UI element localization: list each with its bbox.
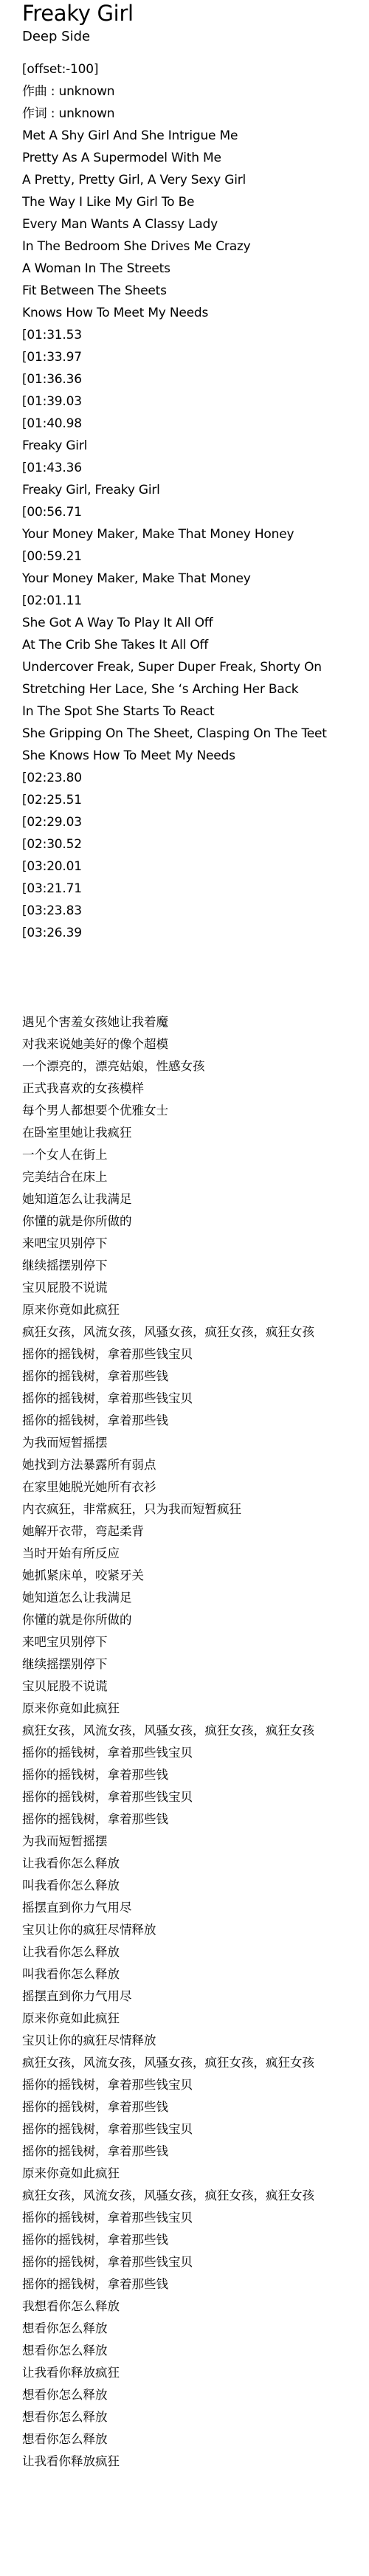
song-artist: Deep Side	[22, 28, 369, 46]
translated-lyric-line: 疯狂女孩，风流女孩，风骚女孩，疯狂女孩，疯狂女孩	[22, 2185, 369, 2207]
translated-lyric-line: 想看你怎么释放	[22, 2340, 369, 2362]
translated-lyric-line: 你懂的就是你所做的	[22, 1210, 369, 1233]
translated-lyric-line: 摇摆直到你力气用尽	[22, 1986, 369, 2008]
translated-lyric-line: 原来你竟如此疯狂	[22, 1698, 369, 1720]
translated-lyric-line: 宝贝让你的疯狂尽情释放	[22, 1919, 369, 1941]
translated-lyric-line: 让我看你怎么释放	[22, 1853, 369, 1875]
translated-lyric-line: 正式我喜欢的女孩模样	[22, 1078, 369, 1100]
translated-lyric-line: 继续摇摆别停下	[22, 1255, 369, 1277]
translated-lyric-line: 疯狂女孩，风流女孩，风骚女孩，疯狂女孩，疯狂女孩	[22, 1321, 369, 1343]
translated-lyric-line: 完美结合在床上	[22, 1166, 369, 1188]
translated-lyric-line: 她找到方法暴露所有弱点	[22, 1454, 369, 1476]
lyric-line: In The Spot She Starts To React	[22, 700, 369, 723]
lyric-line: Your Money Maker, Make That Money	[22, 568, 369, 590]
lyric-line: [02:25.51	[22, 789, 369, 811]
translated-lyric-line: 当时开始有所反应	[22, 1543, 369, 1565]
translated-lyric-line: 摇摆直到你力气用尽	[22, 1897, 369, 1919]
translated-lyric-line: 想看你怎么释放	[22, 2428, 369, 2451]
translated-lyric-line: 你懂的就是你所做的	[22, 1609, 369, 1631]
lyric-line: [01:33.97	[22, 346, 369, 368]
translated-lyric-line: 内衣疯狂，非常疯狂，只为我而短暂疯狂	[22, 1498, 369, 1521]
lyric-line: [02:01.11	[22, 590, 369, 612]
lyric-line: Pretty As A Supermodel With Me	[22, 147, 369, 169]
lyric-line: [01:39.03	[22, 390, 369, 413]
lyric-line: She Got A Way To Play It All Off	[22, 612, 369, 634]
translated-lyric-line: 我想看你怎么释放	[22, 2296, 369, 2318]
lyric-line: She Knows How To Meet My Needs	[22, 745, 369, 767]
translated-lyric-line: 让我看你释放疯狂	[22, 2451, 369, 2473]
translated-lyric-line: 一个漂亮的，漂亮姑娘，性感女孩	[22, 1055, 369, 1078]
translated-lyric-line: 摇你的摇钱树，拿着那些钱	[22, 1410, 369, 1432]
lyric-line: [01:43.36	[22, 457, 369, 479]
translated-lyric-line: 摇你的摇钱树，拿着那些钱宝贝	[22, 2251, 369, 2273]
translated-lyric-line: 摇你的摇钱树，拿着那些钱宝贝	[22, 2207, 369, 2229]
lyric-line: [02:29.03	[22, 811, 369, 833]
translated-lyric-line: 宝贝让你的疯狂尽情释放	[22, 2030, 369, 2052]
lyric-line: [01:36.36	[22, 368, 369, 390]
lyric-line: [03:23.83	[22, 900, 369, 922]
lyric-line: [01:31.53	[22, 324, 369, 346]
translated-lyric-line: 摇你的摇钱树，拿着那些钱宝贝	[22, 2118, 369, 2141]
lyric-line: Undercover Freak, Super Duper Freak, Sho…	[22, 656, 369, 678]
lyric-line: [02:23.80	[22, 767, 369, 789]
translated-lyric-line: 叫我看你怎么释放	[22, 1963, 369, 1986]
lyric-line: Your Money Maker, Make That Money Honey	[22, 523, 369, 545]
lyric-line: [00:56.71	[22, 501, 369, 523]
translated-lyric-line: 摇你的摇钱树，拿着那些钱	[22, 1808, 369, 1831]
translated-lyric-line: 想看你怎么释放	[22, 2406, 369, 2428]
translated-lyric-line: 每个男人都想要个优雅女士	[22, 1100, 369, 1122]
translated-lyric-line: 想看你怎么释放	[22, 2384, 369, 2406]
translated-lyric-line: 原来你竟如此疯狂	[22, 1299, 369, 1321]
lyrics-page: Freaky Girl Deep Side [offset:-100] 作曲 :…	[22, 0, 369, 2473]
lyric-line: Stretching Her Lace, She ‘s Arching Her …	[22, 678, 369, 700]
translated-lyric-line: 她解开衣带，弯起柔背	[22, 1521, 369, 1543]
translated-lyric-line: 摇你的摇钱树，拿着那些钱	[22, 2229, 369, 2251]
translated-lyric-line: 摇你的摇钱树，拿着那些钱宝贝	[22, 1343, 369, 1366]
translated-lyric-line: 原来你竟如此疯狂	[22, 2008, 369, 2030]
translated-lyric-line: 摇你的摇钱树，拿着那些钱宝贝	[22, 1786, 369, 1808]
translated-lyric-line: 她知道怎么让我满足	[22, 1587, 369, 1609]
lyric-line: Every Man Wants A Classy Lady	[22, 213, 369, 235]
lyric-line: In The Bedroom She Drives Me Crazy	[22, 235, 369, 258]
translated-lyric-line: 摇你的摇钱树，拿着那些钱	[22, 2273, 369, 2296]
lyric-line: 作曲 : unknown	[22, 80, 369, 103]
translated-lyric-line: 摇你的摇钱树，拿着那些钱宝贝	[22, 1388, 369, 1410]
translated-lyrics: 遇见个害羞女孩她让我着魔对我来说她美好的像个超模一个漂亮的，漂亮姑娘，性感女孩正…	[22, 1011, 369, 2473]
translated-lyric-line: 摇你的摇钱树，拿着那些钱	[22, 2096, 369, 2118]
original-lyrics: [offset:-100] 作曲 : unknown 作词 : unknownM…	[22, 58, 369, 944]
translated-lyric-line: 摇你的摇钱树，拿着那些钱宝贝	[22, 1742, 369, 1764]
lyric-line: [00:59.21	[22, 545, 369, 568]
lyric-line: Knows How To Meet My Needs	[22, 302, 369, 324]
lyric-line: She Gripping On The Sheet, Clasping On T…	[22, 723, 369, 745]
translated-lyric-line: 让我看你怎么释放	[22, 1941, 369, 1963]
translated-lyric-line: 来吧宝贝别停下	[22, 1631, 369, 1653]
translated-lyric-line: 让我看你释放疯狂	[22, 2362, 369, 2384]
translated-lyric-line: 宝贝屁股不说谎	[22, 1676, 369, 1698]
translated-lyric-line: 宝贝屁股不说谎	[22, 1277, 369, 1299]
lyric-line: [03:21.71	[22, 878, 369, 900]
translated-lyric-line: 继续摇摆别停下	[22, 1653, 369, 1676]
translated-lyric-line: 想看你怎么释放	[22, 2318, 369, 2340]
lyric-line: A Woman In The Streets	[22, 258, 369, 280]
translated-lyric-line: 在家里她脱光她所有衣衫	[22, 1476, 369, 1498]
translated-lyric-line: 她知道怎么让我满足	[22, 1188, 369, 1210]
translated-lyric-line: 对我来说她美好的像个超模	[22, 1033, 369, 1055]
lyric-line: [02:30.52	[22, 833, 369, 855]
lyric-line: Freaky Girl, Freaky Girl	[22, 479, 369, 501]
lyric-line: The Way I Like My Girl To Be	[22, 191, 369, 213]
lyric-line: [03:20.01	[22, 855, 369, 878]
lyric-line: Fit Between The Sheets	[22, 280, 369, 302]
lyric-line: [offset:-100]	[22, 58, 369, 80]
translated-lyric-line: 摇你的摇钱树，拿着那些钱	[22, 1764, 369, 1786]
translated-lyric-line: 叫我看你怎么释放	[22, 1875, 369, 1897]
lyric-line: A Pretty, Pretty Girl, A Very Sexy Girl	[22, 169, 369, 191]
translated-lyric-line: 疯狂女孩，风流女孩，风骚女孩，疯狂女孩，疯狂女孩	[22, 1720, 369, 1742]
lyrics-body: [offset:-100] 作曲 : unknown 作词 : unknownM…	[22, 58, 369, 2473]
translated-lyric-line: 来吧宝贝别停下	[22, 1233, 369, 1255]
translated-lyric-line: 为我而短暂摇摆	[22, 1831, 369, 1853]
translated-lyric-line: 摇你的摇钱树，拿着那些钱	[22, 2141, 369, 2163]
translated-lyric-line: 一个女人在街上	[22, 1144, 369, 1166]
section-gap	[22, 944, 369, 1011]
lyric-line: [01:40.98	[22, 413, 369, 435]
lyric-line: 作词 : unknown	[22, 103, 369, 125]
lyric-line: At The Crib She Takes It All Off	[22, 634, 369, 656]
translated-lyric-line: 疯狂女孩，风流女孩，风骚女孩，疯狂女孩，疯狂女孩	[22, 2052, 369, 2074]
translated-lyric-line: 摇你的摇钱树，拿着那些钱	[22, 1366, 369, 1388]
lyric-line: Freaky Girl	[22, 435, 369, 457]
translated-lyric-line: 她抓紧床单，咬紧牙关	[22, 1565, 369, 1587]
lyric-line: Met A Shy Girl And She Intrigue Me	[22, 125, 369, 147]
translated-lyric-line: 在卧室里她让我疯狂	[22, 1122, 369, 1144]
translated-lyric-line: 为我而短暂摇摆	[22, 1432, 369, 1454]
translated-lyric-line: 遇见个害羞女孩她让我着魔	[22, 1011, 369, 1033]
song-title: Freaky Girl	[22, 0, 369, 27]
lyric-line: [03:26.39	[22, 922, 369, 944]
translated-lyric-line: 原来你竟如此疯狂	[22, 2163, 369, 2185]
translated-lyric-line: 摇你的摇钱树，拿着那些钱宝贝	[22, 2074, 369, 2096]
